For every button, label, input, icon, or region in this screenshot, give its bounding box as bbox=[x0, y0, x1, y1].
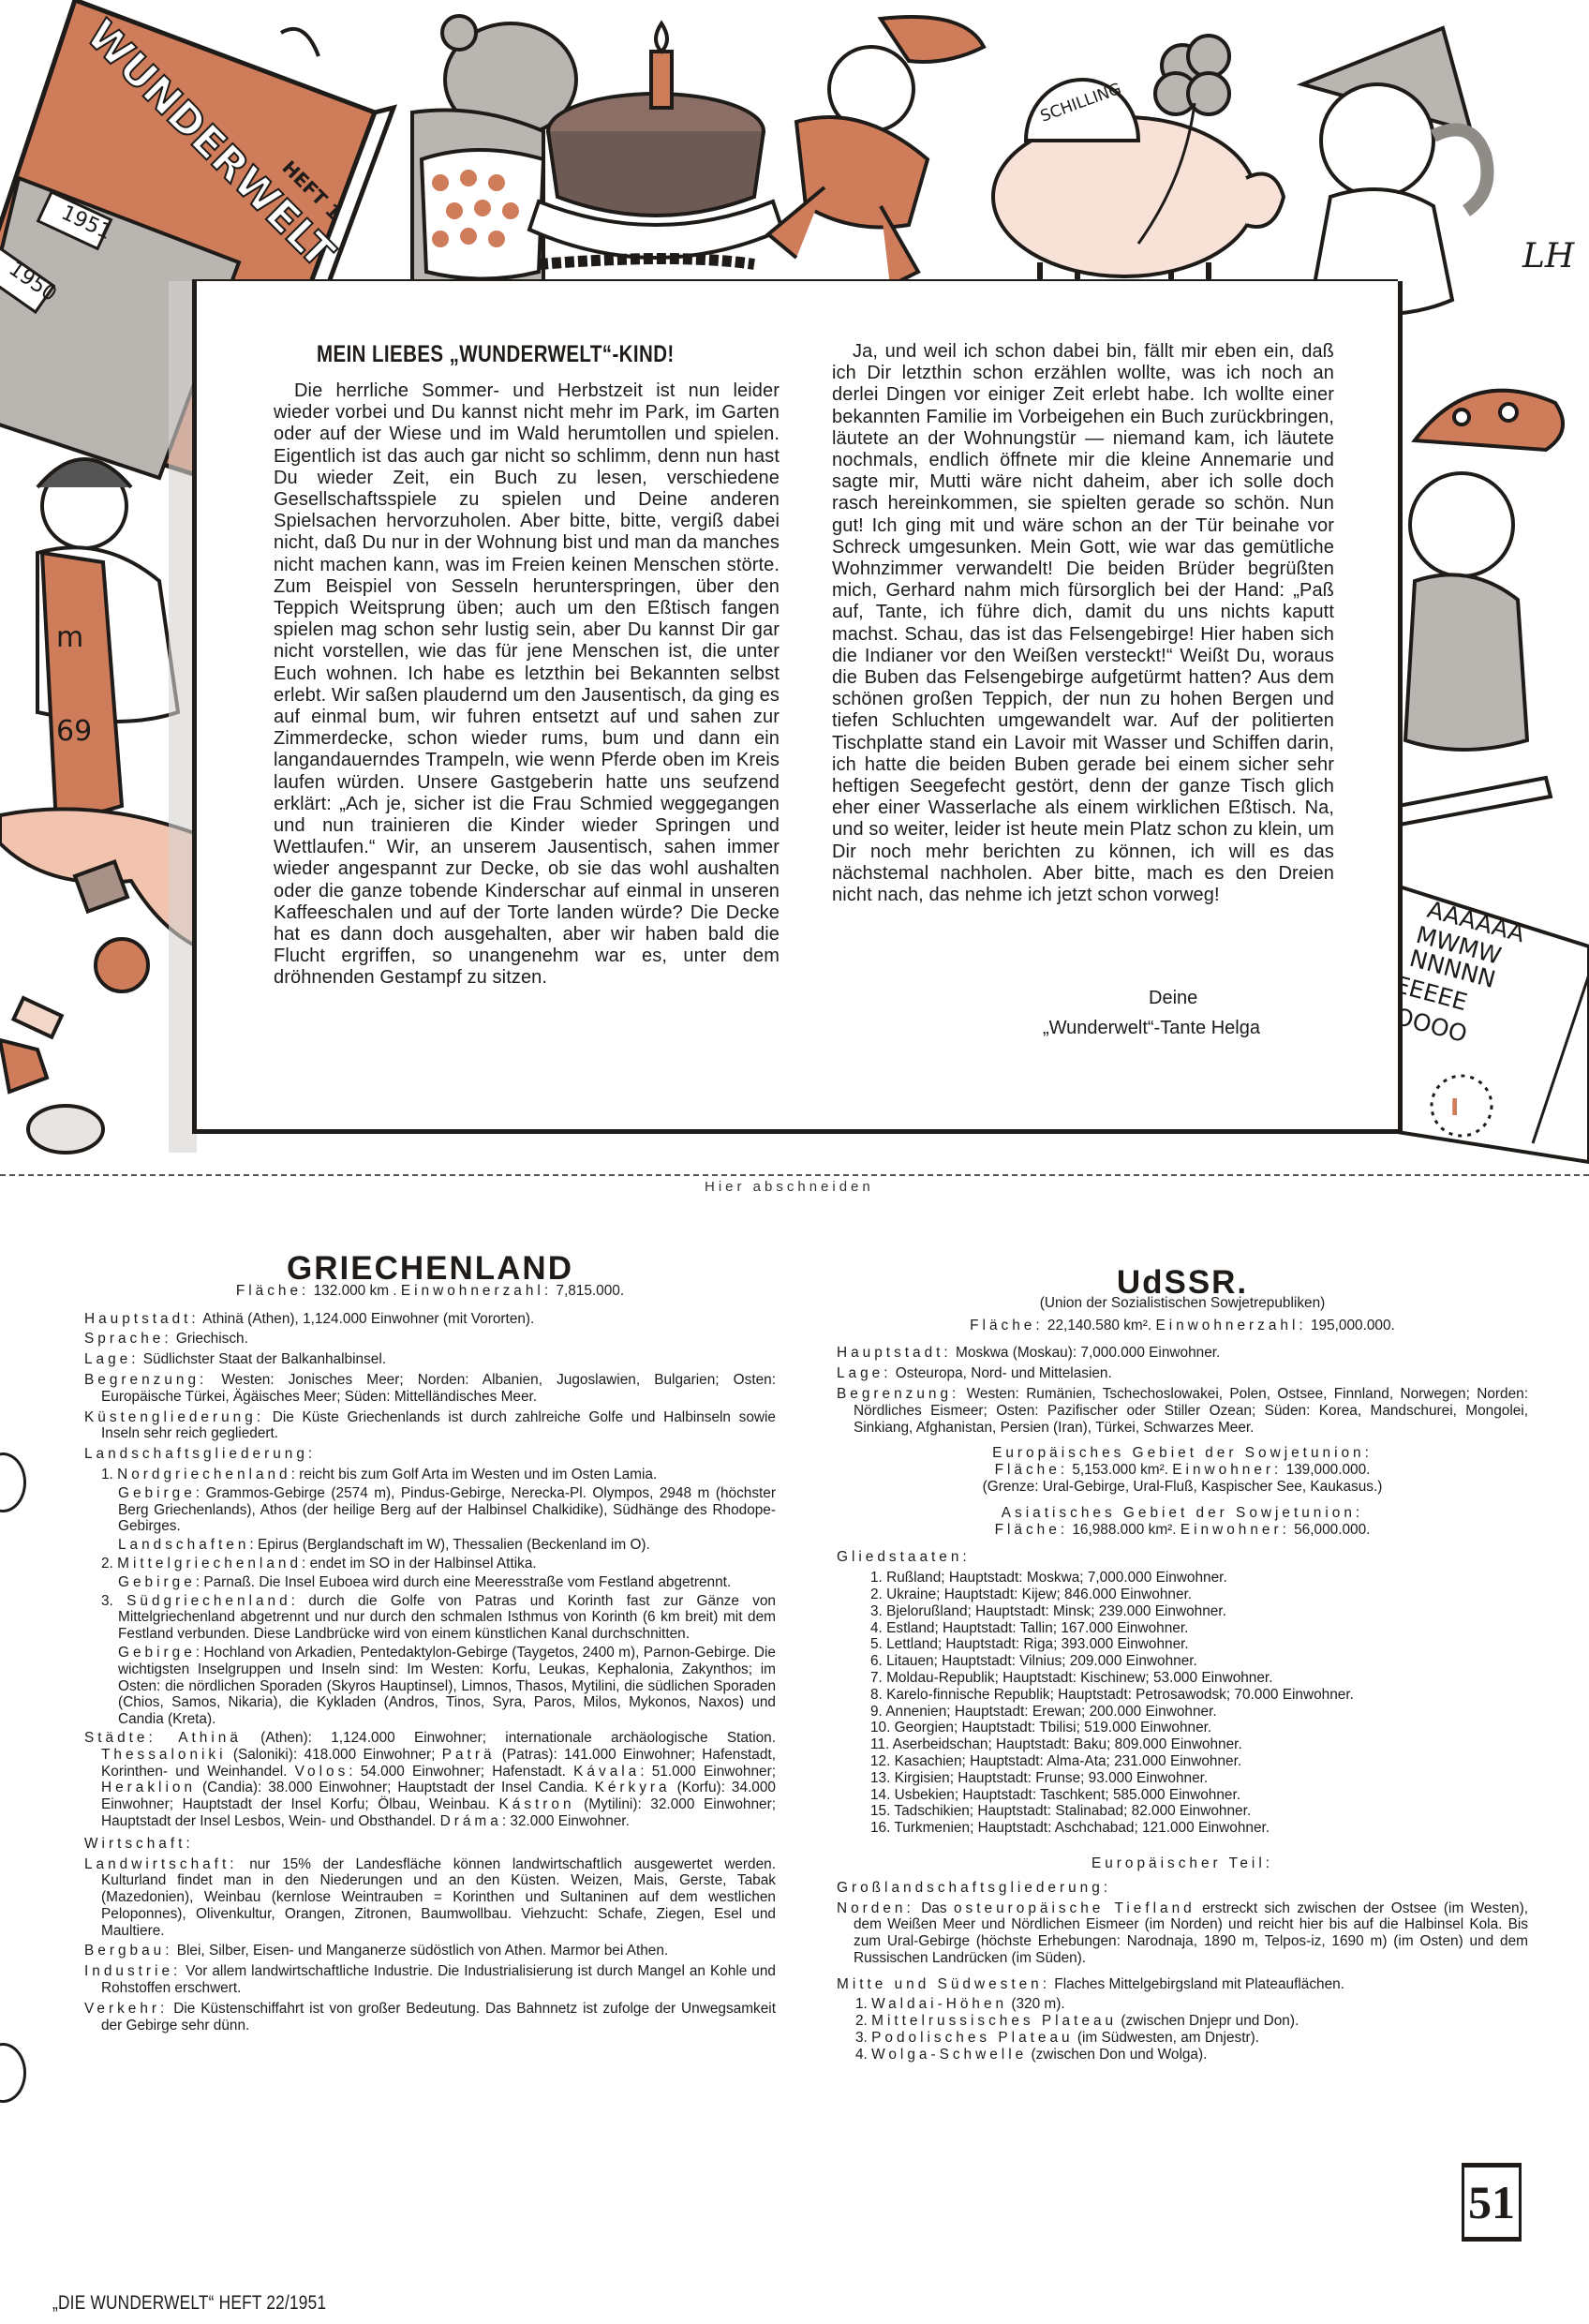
ussr-subtitle: (Union der Sozialistischen Sowjetrepubli… bbox=[837, 1295, 1528, 1312]
greece-entry-label: Küstengliederung: bbox=[84, 1409, 264, 1425]
greece-detail-text: : Grammos-Gebirge (2574 m), Pindus-Gebir… bbox=[118, 1485, 776, 1535]
ussr-state-item: 11. Aserbeidschan; Hauptstadt: Baku; 809… bbox=[870, 1736, 1528, 1753]
ussr-middle-list: 1. Waldai-Höhen (320 m).2. Mittelrussisc… bbox=[837, 1996, 1528, 2063]
ussr-state-item: 3. Bjelorußland; Hauptstadt: Minsk; 239.… bbox=[870, 1603, 1528, 1620]
page-number: 51 bbox=[1462, 2163, 1522, 2242]
greece-region-text: : reicht bis zum Golf Arta im Westen und… bbox=[291, 1467, 658, 1482]
greece-entry-text: Athinä (Athen), 1,124.000 Einwohner (mit… bbox=[202, 1311, 534, 1327]
ussr-state-item: 5. Lettland; Hauptstadt: Riga; 393.000 E… bbox=[870, 1636, 1528, 1653]
greece-economy-entry-label: Verkehr: bbox=[84, 2001, 168, 2017]
ussr-landscape-item: 1. Waldai-Höhen (320 m). bbox=[855, 1996, 1528, 2013]
greece-entry: Küstengliederung: Die Küste Griechenland… bbox=[84, 1409, 776, 1443]
greece-economy-entry: Landwirtschaft: nur 15% der Landesfläche… bbox=[84, 1856, 776, 1940]
svg-text:m: m bbox=[56, 621, 83, 654]
ussr-north-lead: Das bbox=[921, 1900, 946, 1916]
greece-pop-label: Einwohnerzahl: bbox=[401, 1283, 552, 1299]
greece-economy-entry-label: Bergbau: bbox=[84, 1943, 172, 1959]
greece-region-num: 2. bbox=[101, 1556, 117, 1572]
greece-city-text: (Athen): 1,124.000 Einwohner; internatio… bbox=[242, 1730, 776, 1746]
greece-region-num: 1. bbox=[101, 1467, 117, 1482]
ussr-landscape-name: Wolga-Schwelle bbox=[871, 2047, 1027, 2063]
ussr-landscape-name: Podolisches Plateau bbox=[871, 2030, 1073, 2046]
svg-text:69: 69 bbox=[56, 715, 92, 748]
greece-economy-entry: Industrie: Vor allem landwirtschaftliche… bbox=[84, 1963, 776, 1997]
ussr-entry-label: Hauptstadt: bbox=[837, 1345, 952, 1361]
piggy-bank-illustration bbox=[993, 80, 1284, 300]
ussr-state-item: 8. Karelo-finnische Republik; Hauptstadt… bbox=[870, 1687, 1528, 1704]
ussr-entry: Lage: Osteuropa, Nord- und Mittelasien. bbox=[837, 1365, 1528, 1382]
greece-entry-label: Begrenzung: bbox=[84, 1372, 207, 1388]
ussr-landscape-text: (zwischen Don und Wolga). bbox=[1027, 2047, 1207, 2063]
greece-city-name: Volos bbox=[295, 1764, 349, 1780]
ussr-as-pop-value: 56,000.000. bbox=[1294, 1522, 1370, 1538]
greece-city-text: : 51.000 Einwohner; bbox=[640, 1764, 776, 1780]
ussr-landscape-num: 2. bbox=[855, 2013, 871, 2029]
greece-city-name: Heraklion bbox=[101, 1780, 196, 1795]
ussr-state-item: 16. Turkmenien; Hauptstadt: Aschchabad; … bbox=[870, 1820, 1528, 1837]
ussr-eu-pop-label: Einwohner: bbox=[1172, 1462, 1282, 1478]
ussr-landscape-name: Waldai-Höhen bbox=[871, 1996, 1007, 2012]
ussr-eu-pop-value: 139,000.000. bbox=[1286, 1462, 1371, 1478]
greece-cities-label: Städte: bbox=[84, 1730, 178, 1746]
ussr-landscape-heading: Großlandschaftsgliederung: bbox=[837, 1880, 1528, 1897]
ussr-area-population: Fläche: 22,140.580 km². Einwohnerzahl: 1… bbox=[837, 1318, 1528, 1334]
ussr-title: UdSSR. bbox=[837, 1274, 1528, 1291]
ussr-state-item: 7. Moldau-Republik; Hauptstadt: Kischine… bbox=[870, 1670, 1528, 1687]
ussr-pop-value: 195,000.000. bbox=[1311, 1318, 1395, 1333]
greece-city-name: Thessaloniki bbox=[101, 1747, 227, 1763]
ussr-state-item: 1. Rußland; Hauptstadt: Moskwa; 7,000.00… bbox=[870, 1570, 1528, 1587]
ussr-landscape-text: (im Südwesten, am Dnjestr). bbox=[1074, 2030, 1259, 2046]
greece-detail-text: : Parnaß. Die Insel Euboea wird durch ei… bbox=[196, 1574, 731, 1590]
greece-city-name: Kávala bbox=[573, 1764, 640, 1780]
ussr-landscape-item: 4. Wolga-Schwelle (zwischen Don und Wolg… bbox=[855, 2047, 1528, 2063]
greece-entry-label: Lage: bbox=[84, 1351, 140, 1367]
ussr-as-area-label: Fläche: bbox=[995, 1522, 1068, 1538]
greece-entry-label: Hauptstadt: bbox=[84, 1311, 200, 1327]
greece-area-population: Fläche: 132.000 km . Einwohnerzahl: 7,81… bbox=[84, 1283, 776, 1300]
greece-economy-entry-label: Industrie: bbox=[84, 1963, 181, 1979]
greece-city-name: Kérkyra bbox=[595, 1780, 671, 1795]
greece-city-text: (Candia): 38.000 Einwohner; Hauptstadt d… bbox=[196, 1780, 595, 1795]
ussr-area-label: Fläche: bbox=[970, 1318, 1043, 1333]
greece-region-text: : endet im SO in der Halbinsel Attika. bbox=[302, 1556, 537, 1572]
ussr-middle-label: Mitte und Südwesten: bbox=[837, 1976, 1050, 1992]
ussr-state-item: 9. Annenien; Hauptstadt: Erewan; 200.000… bbox=[870, 1704, 1528, 1721]
letter-column-2: Ja, und weil ich schon dabei bin, fällt … bbox=[832, 341, 1334, 906]
greece-economy-entry-text: Die Küstenschiffahrt ist von großer Bede… bbox=[101, 2001, 776, 2033]
greece-region-name: Nordgriechenland bbox=[117, 1467, 291, 1482]
greece-area-value: 132.000 km . bbox=[314, 1283, 397, 1299]
gnome-illustration bbox=[768, 17, 984, 286]
greece-entry: Lage: Südlichster Staat der Balkanhalbin… bbox=[84, 1351, 776, 1368]
ussr-middle: Mitte und Südwesten: Flaches Mittelgebir… bbox=[837, 1976, 1528, 1993]
ussr-landscape-num: 1. bbox=[855, 1996, 871, 2012]
greece-title: GRIECHENLAND bbox=[84, 1260, 776, 1277]
greece-landscape-heading: Landschaftsgliederung: bbox=[84, 1446, 776, 1463]
greece-city-text: : 54.000 Einwohner; Hafenstadt. bbox=[349, 1764, 573, 1780]
greece-region-name: Südgriechenland bbox=[126, 1593, 291, 1609]
ussr-states-list: 1. Rußland; Hauptstadt: Moskwa; 7,000.00… bbox=[837, 1570, 1528, 1837]
ussr-state-item: 12. Kasachien; Hauptstadt: Alma-Ata; 231… bbox=[870, 1753, 1528, 1770]
greece-region-detail: Gebirge: Parnaß. Die Insel Euboea wird d… bbox=[84, 1574, 776, 1591]
footer-issue: „DIE WUNDERWELT“ HEFT 22/1951 bbox=[52, 2292, 326, 2315]
ussr-landscape-num: 4. bbox=[855, 2047, 871, 2063]
ussr-state-item: 13. Kirgisien; Hauptstadt: Frunse; 93.00… bbox=[870, 1770, 1528, 1787]
ussr-european-heading: Europäisches Gebiet der Sowjetunion: bbox=[837, 1445, 1528, 1462]
hole-punch-mark bbox=[0, 2043, 26, 2103]
ussr-landscape-text: (320 m). bbox=[1007, 1996, 1065, 2012]
ussr-north-label: Norden: bbox=[837, 1900, 914, 1916]
artist-signature: LH bbox=[1522, 237, 1575, 276]
ussr-asian-heading: Asiatisches Gebiet der Sowjetunion: bbox=[837, 1505, 1528, 1522]
ussr-as-pop-label: Einwohner: bbox=[1181, 1522, 1290, 1538]
ussr-landscape-text: (zwischen Dnjepr und Don). bbox=[1117, 2013, 1299, 2029]
greece-economy-heading: Wirtschaft: bbox=[84, 1836, 776, 1853]
ussr-european-area: Europäisches Gebiet der Sowjetunion: Flä… bbox=[837, 1445, 1528, 1495]
ussr-entry-label: Begrenzung: bbox=[837, 1386, 959, 1402]
greece-region-detail: Gebirge: Hochland von Arkadien, Pentedak… bbox=[84, 1645, 776, 1728]
greece-entry: Hauptstadt: Athinä (Athen), 1,124.000 Ei… bbox=[84, 1311, 776, 1328]
greece-economy-entry: Bergbau: Blei, Silber, Eisen- und Mangan… bbox=[84, 1943, 776, 1959]
letter-signature: „Wunderwelt“-Tante Helga bbox=[1043, 1018, 1260, 1039]
greece-entry: Begrenzung: Westen: Jonisches Meer; Nord… bbox=[84, 1372, 776, 1406]
greece-city-name: Dráma bbox=[440, 1813, 502, 1829]
ussr-north-name: osteuropäische Tiefland bbox=[954, 1900, 1195, 1916]
letter-column-1: Die herrliche Sommer- und Herbstzeit ist… bbox=[274, 380, 780, 990]
cut-label: Hier abschneiden bbox=[705, 1179, 874, 1195]
greece-region: 3. Südgriechenland: durch die Golfe von … bbox=[84, 1593, 776, 1643]
greece-economy-entry-label: Landwirtschaft: bbox=[84, 1856, 238, 1872]
greece-economy-entry-text: Vor allem landwirtschaftliche Industrie.… bbox=[101, 1963, 776, 1996]
greece-city-text: : 32.000 Einwohner. bbox=[502, 1813, 630, 1829]
ussr-state-item: 10. Georgien; Hauptstadt: Tbilisi; 519.0… bbox=[870, 1720, 1528, 1736]
ussr-north: Norden: Das osteuropäische Tiefland erst… bbox=[837, 1900, 1528, 1967]
ussr-asian-area: Asiatisches Gebiet der Sowjetunion: Fläc… bbox=[837, 1505, 1528, 1539]
ussr-landscape-num: 3. bbox=[855, 2030, 871, 2046]
ussr-pop-label: Einwohnerzahl: bbox=[1155, 1318, 1306, 1333]
letter-closing: Deine bbox=[1149, 988, 1197, 1009]
cut-line bbox=[0, 1174, 1589, 1176]
greece-entry-text: Südlichster Staat der Balkanhalbinsel. bbox=[143, 1351, 386, 1367]
ussr-landscape-name: Mittelrussisches Plateau bbox=[871, 2013, 1117, 2029]
ussr-entry-text: Moskwa (Moskau): 7,000.000 Einwohner. bbox=[956, 1345, 1220, 1361]
greece-city-name: Kástron bbox=[499, 1796, 575, 1812]
greece-city-name: Athinä bbox=[178, 1730, 242, 1746]
ussr-state-item: 15. Tadschikien; Hauptstadt: Stalinabad;… bbox=[870, 1803, 1528, 1820]
greece-detail-text: : Epirus (Berglandschaft im W), Thessali… bbox=[249, 1537, 649, 1553]
ussr-states-heading: Gliedstaaten: bbox=[837, 1549, 1528, 1566]
letter-title: MEIN LIEBES „WUNDERWELT“-KIND! bbox=[317, 341, 686, 368]
ussr-landscape-item: 3. Podolisches Plateau (im Südwesten, am… bbox=[855, 2030, 1528, 2047]
ussr-entry: Begrenzung: Westen: Rumänien, Tschechosl… bbox=[837, 1386, 1528, 1436]
greece-region: 2. Mittelgriechenland: endet im SO in de… bbox=[84, 1556, 776, 1572]
caterpillar-illustration bbox=[539, 259, 754, 264]
greece-economy-entry-text: Blei, Silber, Eisen- und Manganerze südö… bbox=[177, 1943, 668, 1959]
greece-entry-text: Griechisch. bbox=[176, 1331, 248, 1347]
card-ussr: UdSSR. (Union der Sozialistischen Sowjet… bbox=[837, 1274, 1528, 2063]
greece-pop-value: 7,815.000. bbox=[556, 1283, 624, 1299]
ussr-state-item: 2. Ukraine; Hauptstadt: Kijew; 846.000 E… bbox=[870, 1587, 1528, 1603]
ussr-entry: Hauptstadt: Moskwa (Moskau): 7,000.000 E… bbox=[837, 1345, 1528, 1362]
ussr-entry-text: Osteuropa, Nord- und Mittelasien. bbox=[896, 1365, 1112, 1381]
ussr-european-part-heading: Europäischer Teil: bbox=[837, 1855, 1528, 1872]
greece-detail-label: Gebirge bbox=[118, 1485, 196, 1501]
card-greece: GRIECHENLAND Fläche: 132.000 km . Einwoh… bbox=[84, 1260, 776, 2037]
greece-cities: Städte: Athinä (Athen): 1,124.000 Einwoh… bbox=[84, 1730, 776, 1830]
greece-entry: Sprache: Griechisch. bbox=[84, 1331, 776, 1348]
ussr-eu-area-label: Fläche: bbox=[995, 1462, 1068, 1478]
greece-detail-text: : Hochland von Arkadien, Pentedaktylon-G… bbox=[118, 1645, 776, 1727]
greece-region-name: Mittelgriechenland bbox=[117, 1556, 302, 1572]
ussr-state-item: 6. Litauen; Hauptstadt: Vilnius; 209.000… bbox=[870, 1653, 1528, 1670]
greece-region-detail: Gebirge: Grammos-Gebirge (2574 m), Pindu… bbox=[84, 1485, 776, 1535]
ussr-eu-area-value: 5,153.000 km². bbox=[1072, 1462, 1168, 1478]
greece-region: 1. Nordgriechenland: reicht bis zum Golf… bbox=[84, 1467, 776, 1483]
greece-economy-entry: Verkehr: Die Küstenschiffahrt ist von gr… bbox=[84, 2001, 776, 2034]
letter-paragraph-1: Die herrliche Sommer- und Herbstzeit ist… bbox=[274, 380, 780, 990]
ussr-state-item: 4. Estland; Hauptstadt: Tallin; 167.000 … bbox=[870, 1620, 1528, 1637]
greece-area-label: Fläche: bbox=[236, 1283, 309, 1299]
hole-punch-mark bbox=[0, 1452, 26, 1512]
ussr-area-value: 22,140.580 km². bbox=[1047, 1318, 1151, 1333]
letter-paragraph-2: Ja, und weil ich schon dabei bin, fällt … bbox=[832, 341, 1334, 906]
greece-city-text: (Saloniki): 418.000 Einwohner; bbox=[227, 1747, 442, 1763]
greece-region-detail: Landschaften: Epirus (Berglandschaft im … bbox=[84, 1537, 776, 1554]
ussr-state-item: 14. Usbekien; Hauptstadt: Taschkent; 585… bbox=[870, 1787, 1528, 1804]
greece-detail-label: Landschaften bbox=[118, 1537, 249, 1553]
ussr-eu-border-note: (Grenze: Ural-Gebirge, Ural-Fluß, Kaspis… bbox=[837, 1479, 1528, 1496]
greece-region-num: 3. bbox=[101, 1593, 126, 1609]
greece-detail-label: Gebirge bbox=[118, 1645, 196, 1661]
svg-text:I: I bbox=[1450, 1094, 1459, 1121]
greece-entry-label: Sprache: bbox=[84, 1331, 172, 1347]
greece-city-name: Paträ bbox=[442, 1747, 496, 1763]
ussr-entry-label: Lage: bbox=[837, 1365, 892, 1381]
toys-illustration bbox=[0, 862, 148, 1153]
ussr-as-area-value: 16,988.000 km². bbox=[1072, 1522, 1176, 1538]
ussr-middle-text: Flaches Mittelgebirgsland mit Plateauflä… bbox=[1054, 1976, 1344, 1992]
ussr-landscape-item: 2. Mittelrussisches Plateau (zwischen Dn… bbox=[855, 2013, 1528, 2030]
greece-detail-label: Gebirge bbox=[118, 1574, 196, 1590]
